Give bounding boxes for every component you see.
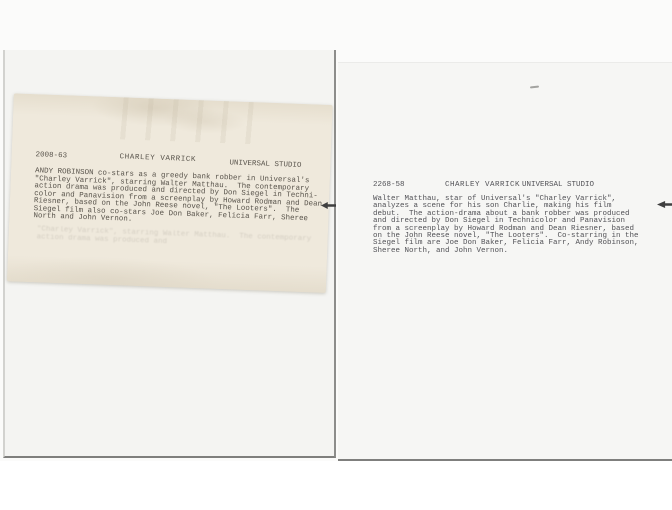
press-clipping: 2008-63 CHARLEY VARRICK UNIVERSAL STUDIO… bbox=[7, 93, 333, 293]
background-bottom-strip bbox=[0, 461, 672, 510]
right-proof-sheet: 2268-58 CHARLEY VARRICK UNIVERSAL STUDIO… bbox=[338, 62, 672, 461]
clipping-code: 2008-63 bbox=[35, 152, 67, 161]
clipping-body: ANDY ROBINSON co-stars as a greedy bank … bbox=[33, 168, 323, 231]
scanned-page: 2008-63 CHARLEY VARRICK UNIVERSAL STUDIO… bbox=[0, 0, 672, 510]
caption-title: CHARLEY VARRICK bbox=[445, 182, 520, 190]
clipping-title: CHARLEY VARRICK bbox=[119, 154, 196, 164]
caption-code: 2268-58 bbox=[373, 182, 405, 190]
clipping-studio: UNIVERSAL STUDIO bbox=[229, 160, 301, 170]
caption-studio: UNIVERSAL STUDIO bbox=[522, 182, 594, 190]
caption-body-line: Sheree North, and John Vernon. bbox=[373, 248, 639, 255]
paper-crease-texture bbox=[102, 97, 253, 144]
left-proof-sheet: 2008-63 CHARLEY VARRICK UNIVERSAL STUDIO… bbox=[3, 50, 336, 458]
caption-body: Walter Matthau, star of Universal's "Cha… bbox=[373, 196, 639, 255]
